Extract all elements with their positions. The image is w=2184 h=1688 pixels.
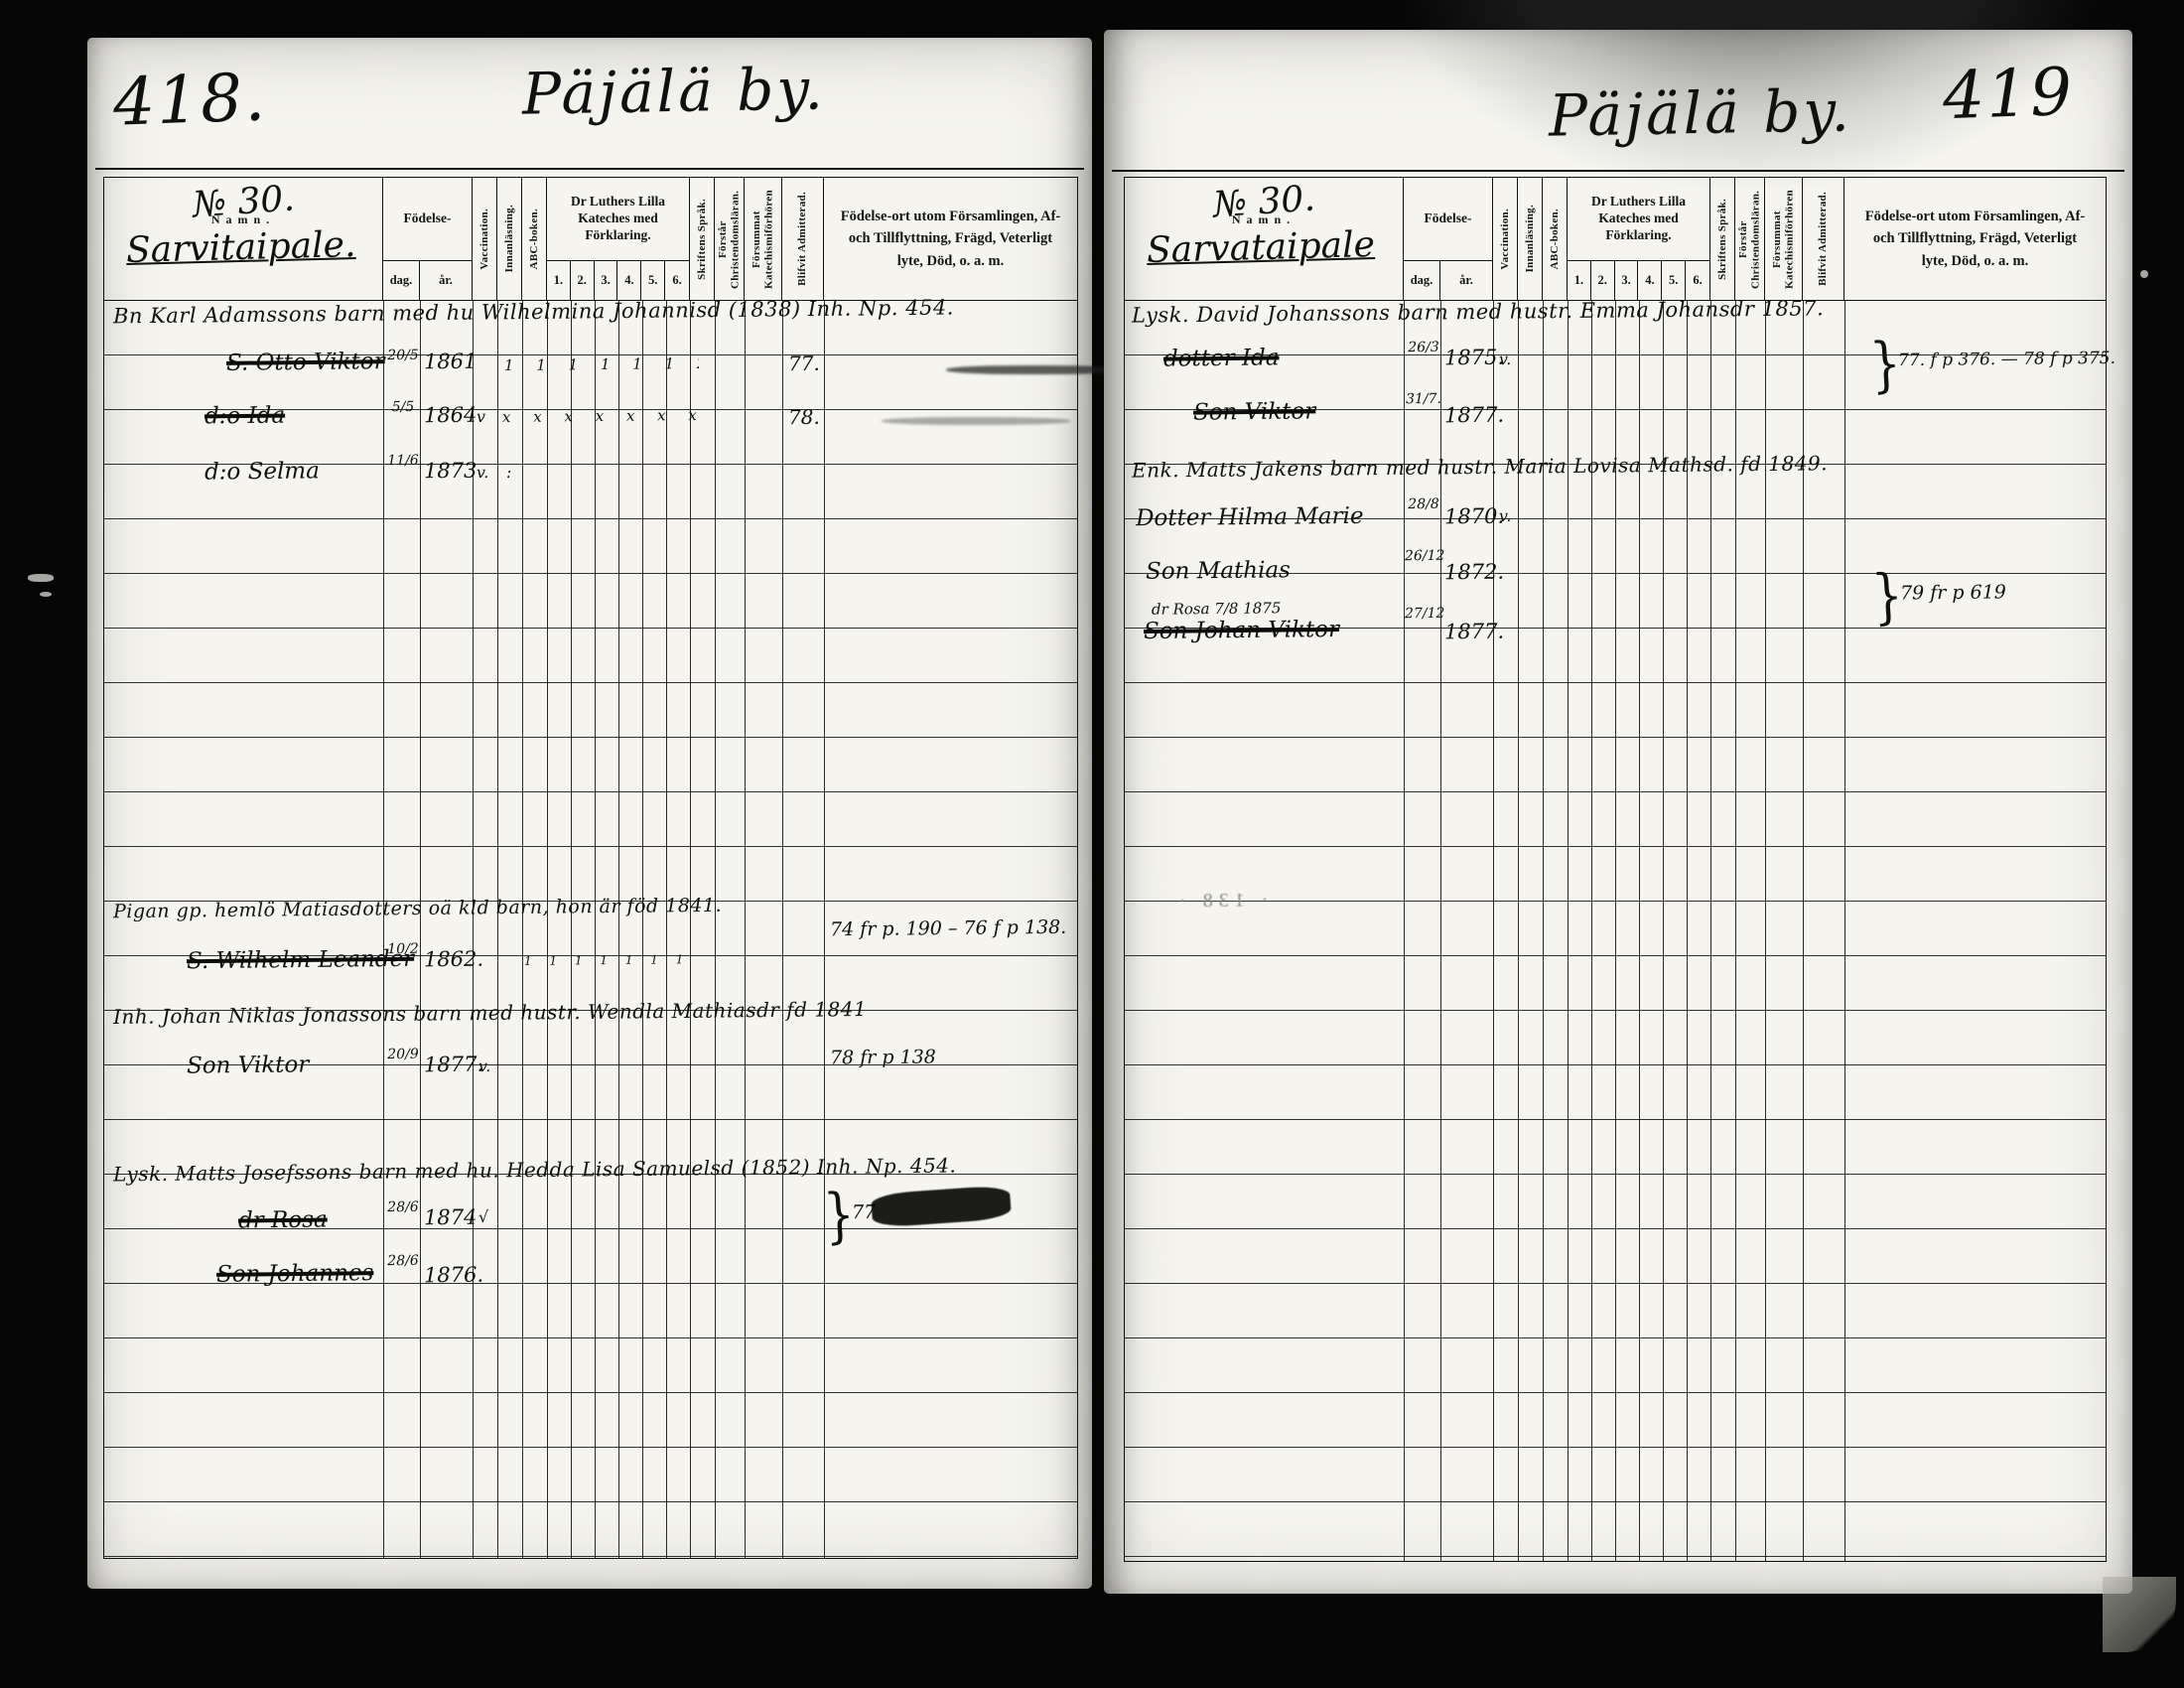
grid-vline bbox=[1663, 301, 1664, 1561]
kateches-3: 3. bbox=[595, 261, 618, 300]
grid-vline bbox=[1518, 301, 1519, 1561]
grid-vline bbox=[522, 301, 523, 1558]
col-abc-header: ABC-boken. bbox=[1543, 178, 1568, 300]
entry-birth-year: 1864 bbox=[424, 403, 478, 428]
abc-label: ABC-boken. bbox=[1549, 209, 1562, 269]
entry-admitted: 77. bbox=[788, 352, 820, 375]
entry-name: S. Otto Viktor bbox=[226, 349, 385, 376]
col-vaccination-header: Vaccination. bbox=[473, 178, 497, 300]
entry-birth-year: 1875. bbox=[1444, 346, 1504, 370]
header-rule bbox=[95, 168, 1084, 170]
col-forstar-header: Förstår Christendomsläran. bbox=[715, 178, 745, 300]
entry-birth-year: 1877. bbox=[1444, 403, 1504, 428]
entry-remark: 79 fr p 619 bbox=[1890, 581, 2006, 604]
entry-birth-day: 26/3 bbox=[1405, 342, 1442, 355]
ink-smudge bbox=[882, 417, 1070, 425]
grid-vline bbox=[473, 301, 474, 1558]
grid-vline bbox=[497, 301, 498, 1558]
entry-birth-day: 27/12 bbox=[1405, 608, 1442, 622]
kateches-5: 5. bbox=[1662, 261, 1686, 300]
grid-vline bbox=[1687, 301, 1688, 1561]
col-skriftens-header: Skriftens Språk. bbox=[1710, 178, 1735, 300]
left-page: 418. Päjälä by. № 30. Namn. Sarvitaipale… bbox=[87, 38, 1092, 1589]
col-skriftens-header: Skriftens Språk. bbox=[690, 178, 715, 300]
entry-vaccination: v. bbox=[1499, 350, 1511, 368]
entry-vaccination: v bbox=[477, 407, 485, 426]
entry-vaccination: √ bbox=[478, 1207, 488, 1226]
col-forstar-header: Förstår Christendomsläran. bbox=[1735, 178, 1765, 300]
entry-birth-day: 11/6 bbox=[384, 455, 422, 469]
entry-remark: 78 fr p 138 bbox=[830, 1046, 936, 1068]
entry-birth-year: 1877. bbox=[424, 1053, 483, 1077]
ar-label: år. bbox=[420, 261, 472, 300]
grid-vline bbox=[666, 301, 667, 1558]
col-remarks-header: Födelse-ort utom Församlingen, Af- och T… bbox=[1844, 178, 2106, 300]
fodelse-label: Födelse- bbox=[383, 178, 472, 260]
kateches-4: 4. bbox=[1638, 261, 1662, 300]
col-namn-header: № 30. Namn. Sarvataipale bbox=[1125, 178, 1404, 300]
grid-vline bbox=[715, 301, 716, 1558]
grid-vline bbox=[1591, 301, 1592, 1561]
col-vaccination-header: Vaccination. bbox=[1493, 178, 1518, 300]
col-kateches-header: Dr Luthers Lilla Kateches med Förklaring… bbox=[1568, 178, 1710, 300]
entry-birth-day: 28/6 bbox=[384, 1201, 422, 1215]
entry-name: Dotter Hilma Marie bbox=[1136, 503, 1364, 531]
entry-birth-day: 26/12 bbox=[1405, 550, 1442, 564]
grid-vline bbox=[1615, 301, 1616, 1561]
village-name: Sarvitaipale. bbox=[126, 224, 356, 271]
grid-vline bbox=[1803, 301, 1804, 1561]
grid-vline bbox=[745, 301, 746, 1558]
grid-vline bbox=[1735, 301, 1736, 1561]
entry-name: S. Wilhelm Leander bbox=[187, 946, 414, 974]
entry-birth-year: 1861 bbox=[424, 350, 478, 374]
dag-label: dag. bbox=[383, 261, 420, 300]
grid-vline bbox=[1543, 301, 1544, 1561]
ink-smudge bbox=[946, 365, 1125, 374]
kateches-2: 2. bbox=[571, 261, 595, 300]
entry-name: Son Viktor bbox=[1193, 398, 1316, 425]
forstar-label: Förstår Christendomsläran. bbox=[717, 182, 742, 297]
header-rule bbox=[1112, 170, 2124, 172]
entry-birth-year: 1870. bbox=[1444, 504, 1504, 529]
kateches-5: 5. bbox=[641, 261, 665, 300]
entry-birth-day: 20/9 bbox=[384, 1049, 422, 1062]
entry-exam-marks: 1 1 1 1 1 1 2 1 bbox=[504, 354, 699, 374]
col-blifvit-header: Blifvit Admitterad. bbox=[782, 178, 824, 300]
ink-bleed-through: · 138 · bbox=[1173, 889, 1269, 914]
col-abc-header: ABC-boken. bbox=[522, 178, 547, 300]
col-forsummat-header: Försummat Katechismiförhören bbox=[1765, 178, 1803, 300]
kateches-3: 3. bbox=[1615, 261, 1639, 300]
grid-vline bbox=[1568, 301, 1569, 1561]
grid-vline bbox=[1404, 301, 1405, 1561]
skriftens-label: Skriftens Språk. bbox=[1716, 199, 1729, 280]
entry-name: Son Viktor bbox=[187, 1052, 310, 1078]
page-curl bbox=[2103, 1577, 2176, 1652]
forsummat-label: Försummat Katechismiförhören bbox=[1771, 182, 1796, 297]
col-innanlasning-header: Innanläsning. bbox=[497, 178, 522, 300]
entry-vaccination: v. bbox=[477, 463, 488, 482]
col-kateches-header: Dr Luthers Lilla Kateches med Förklaring… bbox=[547, 178, 690, 300]
scan-speck bbox=[28, 574, 54, 582]
kateches-2: 2. bbox=[1591, 261, 1615, 300]
kateches-1: 1. bbox=[547, 261, 571, 300]
section-number: № 30. bbox=[1211, 178, 1315, 225]
grid-vline bbox=[824, 301, 825, 1558]
grid-vline bbox=[690, 301, 691, 1558]
kateches-label: Dr Luthers Lilla Kateches med Förklaring… bbox=[547, 178, 689, 260]
entry-exam-marks: 1 1 1 1 1 1 1 1 bbox=[524, 952, 699, 968]
right-page-number: 419 bbox=[1942, 54, 2076, 135]
grid-vline bbox=[547, 301, 548, 1558]
table-header: № 30. Namn. Sarvitaipale. Födelse- dag. … bbox=[104, 178, 1077, 301]
right-page: 419 Päjälä by. № 30. Namn. Sarvataipale … bbox=[1104, 30, 2132, 1594]
left-page-number: 418. bbox=[112, 59, 269, 140]
scanned-parish-register: 418. Päjälä by. № 30. Namn. Sarvitaipale… bbox=[0, 0, 2184, 1688]
vaccination-label: Vaccination. bbox=[478, 209, 491, 270]
col-remarks-header: Födelse-ort utom Församlingen, Af- och T… bbox=[824, 178, 1077, 300]
grid-vline bbox=[1639, 301, 1640, 1561]
entry-birth-year: 1862. bbox=[424, 947, 483, 972]
entry-name: dotter Ida bbox=[1163, 345, 1280, 371]
left-page-title: Päjälä by. bbox=[521, 55, 826, 127]
entry-exam-marks: x x x x x x x x bbox=[502, 406, 697, 426]
forstar-label: Förstår Christendomsläran. bbox=[1737, 182, 1762, 297]
entry-birth-day: 28/8 bbox=[1405, 498, 1442, 512]
entry-name: Son Johannes bbox=[216, 1260, 374, 1288]
kateches-label: Dr Luthers Lilla Kateches med Förklaring… bbox=[1568, 178, 1709, 260]
grid-vline bbox=[383, 301, 384, 1558]
entry-name: Son Mathias bbox=[1146, 557, 1291, 585]
entry-birth-day: 28/6 bbox=[384, 1255, 422, 1269]
kateches-6: 6. bbox=[665, 261, 689, 300]
grid-vline bbox=[1440, 301, 1441, 1561]
entry-remark: 77. f p 376. — 78 f p 375. bbox=[1888, 349, 2116, 370]
kateches-1: 1. bbox=[1568, 261, 1591, 300]
kateches-6: 6. bbox=[1686, 261, 1709, 300]
entry-name: d:o Ida bbox=[205, 403, 285, 430]
grid-vline bbox=[420, 301, 421, 1558]
fodelse-label: Födelse- bbox=[1404, 178, 1492, 260]
entry-exam-marks: : bbox=[506, 463, 512, 482]
entry-birth-day: 31/7. bbox=[1405, 393, 1442, 407]
table-body bbox=[1125, 301, 2106, 1561]
col-innanlasning-header: Innanläsning. bbox=[1518, 178, 1543, 300]
dag-label: dag. bbox=[1404, 261, 1440, 300]
entry-admitted: 78. bbox=[788, 405, 820, 429]
vaccination-label: Vaccination. bbox=[1499, 209, 1512, 270]
entry-birth-day: 20/5 bbox=[384, 350, 422, 363]
col-forsummat-header: Försummat Katechismiförhören bbox=[745, 178, 782, 300]
entry-vaccination: v. bbox=[478, 1056, 490, 1075]
grid-vline bbox=[782, 301, 783, 1558]
grid-vline bbox=[1710, 301, 1711, 1561]
scan-speck bbox=[40, 592, 52, 597]
entry-name: dr Rosa bbox=[238, 1207, 328, 1234]
entry-name: d:o Selma bbox=[205, 458, 320, 485]
innanlasning-label: Innanläsning. bbox=[1524, 205, 1537, 272]
entry-remark: 74 fr p. 190 – 76 f p 138. bbox=[830, 916, 1066, 940]
record-table-left: № 30. Namn. Sarvitaipale. Födelse- dag. … bbox=[103, 177, 1078, 1559]
col-fodelse-header: Födelse- dag. år. bbox=[1404, 178, 1493, 300]
grid-vline bbox=[595, 301, 596, 1558]
ar-label: år. bbox=[1440, 261, 1492, 300]
right-page-title: Päjälä by. bbox=[1548, 76, 1852, 149]
forsummat-label: Försummat Katechismiförhören bbox=[751, 182, 775, 297]
blifvit-label: Blifvit Admitterad. bbox=[796, 192, 809, 286]
entry-name-secondary: dr Rosa 7/8 1875 bbox=[1152, 599, 1282, 618]
entry-birth-year: 1872. bbox=[1444, 560, 1504, 585]
section-number: № 30. bbox=[191, 178, 295, 225]
village-name: Sarvataipale bbox=[1147, 224, 1376, 271]
entry-birth-year: 1876. bbox=[424, 1263, 483, 1288]
col-blifvit-header: Blifvit Admitterad. bbox=[1803, 178, 1844, 300]
grid-vline bbox=[618, 301, 619, 1558]
blifvit-label: Blifvit Admitterad. bbox=[1817, 192, 1830, 286]
innanlasning-label: Innanläsning. bbox=[503, 205, 516, 272]
entry-birth-year: 1877. bbox=[1444, 620, 1504, 644]
grid-vline bbox=[1765, 301, 1766, 1561]
grid-vline bbox=[571, 301, 572, 1558]
record-table-right: № 30. Namn. Sarvataipale Födelse- dag. å… bbox=[1124, 177, 2107, 1562]
entry-birth-year: 1874 bbox=[424, 1205, 478, 1230]
kateches-4: 4. bbox=[617, 261, 641, 300]
scan-speck bbox=[2140, 270, 2148, 278]
entry-birth-year: 1873 bbox=[424, 459, 478, 484]
col-namn-header: № 30. Namn. Sarvitaipale. bbox=[104, 178, 383, 300]
table-header: № 30. Namn. Sarvataipale Födelse- dag. å… bbox=[1125, 178, 2106, 301]
grid-vline bbox=[1844, 301, 1845, 1561]
entry-vaccination: v. bbox=[1499, 506, 1511, 525]
col-fodelse-header: Födelse- dag. år. bbox=[383, 178, 473, 300]
entry-birth-day: 5/5 bbox=[384, 401, 422, 415]
grid-vline bbox=[1493, 301, 1494, 1561]
entry-birth-day: 10/2 bbox=[384, 943, 422, 957]
entry-name: Son Johan Viktor bbox=[1144, 617, 1339, 644]
abc-label: ABC-boken. bbox=[528, 209, 541, 269]
grid-vline bbox=[642, 301, 643, 1558]
skriftens-label: Skriftens Språk. bbox=[696, 199, 709, 280]
